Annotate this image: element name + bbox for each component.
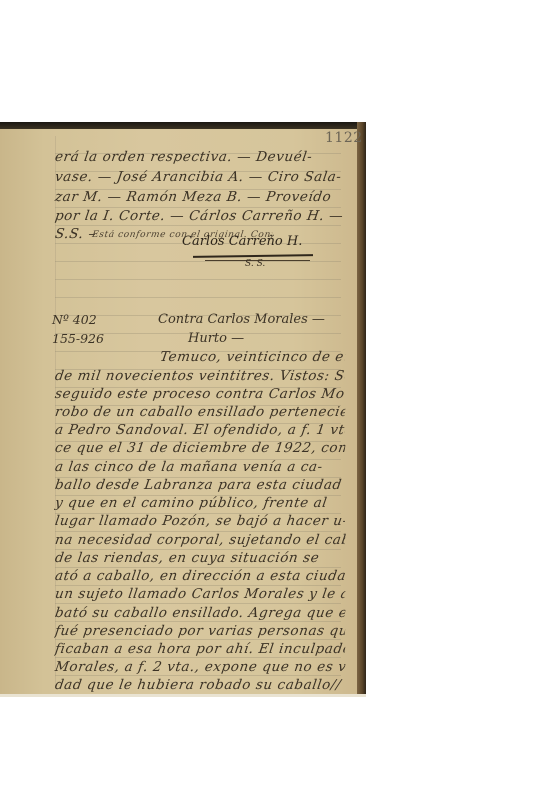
prev-line-4: por la I. Corte. — Cárlos Carreño H. — — [54, 208, 346, 224]
entry-line-7: a las cinco de la mañana venía a ca- — [54, 459, 346, 475]
entry-line-14: un sujeto llamado Carlos Morales y le ar… — [54, 586, 346, 602]
entry-line-8: ballo desde Labranza para esta ciudad — [54, 477, 346, 493]
prev-line-3: zar M. — Ramón Meza B. — Proveído — [54, 189, 346, 205]
entry-line-5: a Pedro Sandoval. El ofendido, a f. 1 vt… — [54, 422, 346, 438]
prev-line-5: S.S. — — [54, 226, 96, 242]
entry-line-18: Morales, a f. 2 vta., expone que no es v… — [54, 659, 346, 675]
entry-number: Nº 402 — [52, 312, 97, 327]
signature: Carlos Carreño H. — [182, 234, 302, 249]
entry-line-11: na necesidad corporal, sujetando el caba… — [54, 532, 346, 548]
entry-line-15: bató su caballo ensillado. Agrega que el… — [54, 605, 346, 621]
entry-line-2: de mil novecientos veintitres. Vistos: S… — [54, 368, 346, 384]
entry-line-17: ficaban a esa hora por ahí. El inculpado — [54, 641, 346, 657]
signature-mark: S. S. — [245, 259, 265, 269]
entry-reference: 155-926 — [52, 331, 104, 346]
entry-line-6: ce que el 31 de diciembre de 1922, como — [54, 440, 346, 456]
entry-line-4: robo de un caballo ensillado pertenecien… — [54, 404, 346, 420]
entry-title: Contra Carlos Morales — — [158, 312, 325, 327]
entry-line-9: y que en el camino público, frente al — [54, 495, 346, 511]
book-spine — [357, 122, 366, 697]
page-top-edge — [0, 122, 366, 129]
entry-line-19: dad que le hubiera robado su caballo// — [54, 677, 346, 693]
page-bottom-edge — [0, 694, 366, 697]
prev-line-1: erá la orden respectiva. — Devuél- — [54, 149, 346, 165]
entry-line-10: lugar llamado Pozón, se bajó a hacer u- — [54, 513, 346, 529]
entry-line-13: ató a caballo, en dirección a esta ciuda… — [54, 568, 346, 584]
entry-line-12: de las riendas, en cuya situación se — [54, 550, 346, 566]
page-number: 1122 — [325, 130, 363, 146]
entry-line-3: seguido este proceso contra Carlos Moral… — [54, 386, 346, 402]
prev-line-2: vase. — José Arancibia A. — Ciro Sala- — [54, 169, 346, 185]
entry-line-1: Temuco, veinticinco de enero — [159, 349, 346, 365]
entry-line-16: fué presenciado por varias personas que … — [54, 623, 346, 639]
entry-subtitle: Hurto — — [188, 331, 244, 346]
document-scan: 1122 erá la orden respectiva. — Devuél- … — [0, 122, 366, 697]
